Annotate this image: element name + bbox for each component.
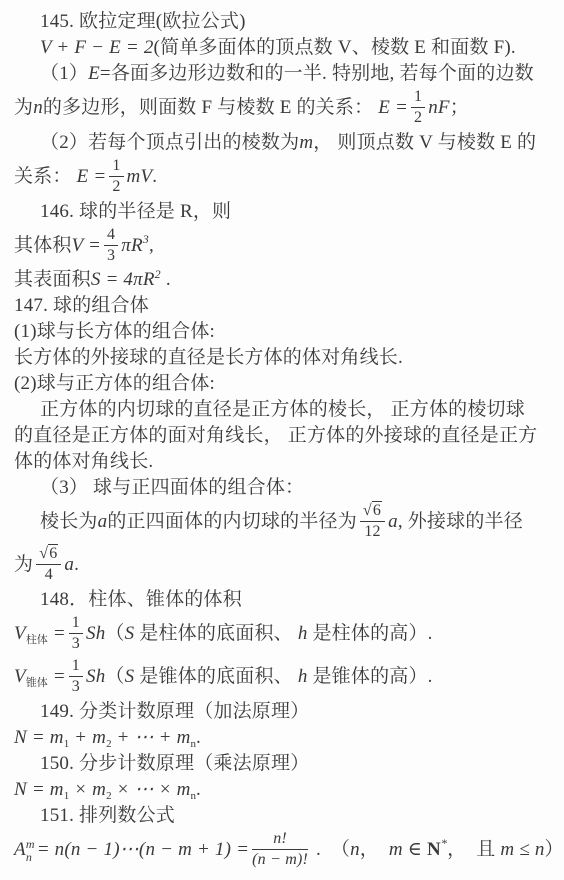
math-run: Sh: [86, 623, 105, 644]
text-run: 体的体对角线长.: [14, 451, 153, 472]
formula-line-28: Amn= n(n − 1)⋯(n − m + 1) =n!(n − m)! . …: [14, 829, 552, 872]
math-run: N = m: [14, 779, 64, 800]
subscript: 柱体: [26, 635, 48, 646]
formula-line-11: (1)球与长方体的组合体:: [14, 319, 552, 345]
fraction-numerator: 4: [104, 226, 118, 246]
math-run: Sh: [86, 666, 105, 687]
text-run: 147. 球的组合体: [14, 295, 149, 316]
text-run: 长方体的外接球的直径是长方体的体对角线长.: [14, 347, 403, 368]
math-run: V: [14, 623, 26, 644]
text-run: ,: [149, 234, 154, 255]
formula-line-4: 为n的多边形，则面数 F 与棱数 E 的关系： E =12nF；: [14, 87, 552, 130]
fraction: 12: [109, 157, 123, 196]
formula-line-19: 为√64a.: [14, 544, 552, 587]
formula-line-8: 其体积V =43πR3,: [14, 225, 552, 268]
formula-line-23: 149. 分类计数原理（加法原理）: [14, 699, 552, 725]
math-run: h: [298, 623, 308, 644]
text-run: 为: [14, 554, 33, 575]
math-run: h: [298, 666, 308, 687]
fraction-numerator: √6: [360, 502, 385, 522]
math-run: N = m: [14, 727, 64, 748]
text-run: 关系：: [14, 166, 77, 187]
math-run: n: [33, 97, 43, 118]
fraction: 12: [411, 88, 425, 127]
formula-line-18: 棱长为a的正四面体的内切球的半径为√612a, 外接球的半径: [14, 501, 552, 544]
formula-line-7: 146. 球的半径是 R，则: [14, 199, 552, 225]
text-run: 的直径是正方体的面对角线长， 正方体的外接球的直径是正方: [14, 425, 537, 446]
formula-line-20: 148．柱体、锥体的体积: [14, 587, 552, 613]
fraction-numerator: 1: [69, 657, 83, 677]
text-run: 的多边形，则面数 F 与棱数 E 的关系：: [43, 97, 378, 118]
bold-run: N: [427, 838, 441, 859]
fraction-denominator: 12: [360, 522, 385, 541]
text-run: (2)球与正方体的组合体:: [14, 373, 215, 394]
fraction-denominator: 2: [411, 108, 425, 127]
formula-line-17: （3） 球与正四面体的组合体：: [14, 475, 552, 501]
formula-line-10: 147. 球的组合体: [14, 293, 552, 319]
text-run: 棱长为: [40, 511, 98, 532]
text-run: .: [196, 779, 201, 800]
text-run: 是柱体的底面积、: [134, 623, 298, 644]
math-run: nF: [428, 97, 450, 118]
math-run: × m: [69, 779, 106, 800]
fraction-denominator: 3: [69, 634, 83, 653]
text-run: 150. 分步计数原理（乘法原理）: [40, 753, 309, 774]
text-run: 的正四面体的内切球的半径为: [107, 511, 357, 532]
fraction: 43: [104, 226, 118, 265]
text-run: .: [152, 166, 157, 187]
text-run: .: [196, 727, 201, 748]
formula-line-5: （2）若每个顶点引出的棱数为m， 则顶点数 V 与棱数 E 的: [14, 130, 552, 156]
math-run: S: [125, 623, 135, 644]
math-run: × ⋯ × m: [112, 779, 191, 800]
math-run: πR: [121, 234, 143, 255]
formula-line-16: 体的体对角线长.: [14, 449, 552, 475]
math-run: m: [389, 838, 403, 859]
text-run: (简单多面体的顶点数 V、棱数 E 和面数 F).: [154, 37, 516, 58]
fraction: n!(n − m)!: [252, 830, 308, 869]
math-run: V =: [72, 234, 101, 255]
fraction-numerator: 1: [109, 157, 123, 177]
fraction-numerator: 1: [411, 88, 425, 108]
fraction-numerator: n!: [252, 830, 308, 850]
text-run: , 外接球的半径: [398, 511, 523, 532]
text-run: ）.: [545, 838, 564, 859]
text-run: 是柱体的高）.: [308, 623, 433, 644]
math-run: =: [48, 623, 66, 644]
text-run: 148．柱体、锥体的体积: [40, 589, 242, 610]
fraction-denominator: 2: [109, 177, 123, 196]
fraction-denominator: 3: [69, 677, 83, 696]
math-run: a: [98, 511, 108, 532]
text-run: （2）若每个顶点引出的棱数为: [40, 132, 299, 153]
text-run: ∈: [403, 838, 427, 859]
text-run: ；: [450, 97, 469, 118]
math-run: E =: [77, 166, 107, 187]
text-run: .: [74, 554, 79, 575]
math-run: V: [14, 666, 26, 687]
text-run: ， 则顶点数 V 与棱数 E 的: [313, 132, 536, 153]
text-run: （: [105, 623, 124, 644]
fraction-denominator: (n − m)!: [252, 850, 308, 869]
text-run: 其体积: [14, 234, 72, 255]
fraction: √612: [360, 502, 385, 541]
text-run: 149. 分类计数原理（加法原理）: [40, 701, 309, 722]
math-run: =: [48, 666, 66, 687]
math-run: mV: [127, 166, 153, 187]
formula-line-6: 关系： E =12mV.: [14, 156, 552, 199]
formula-line-9: 其表面积S = 4πR2 .: [14, 267, 552, 293]
formula-line-27: 151. 排列数公式: [14, 803, 552, 829]
text-run: 是锥体的高）.: [308, 666, 433, 687]
formula-document: 145. 欧拉定理(欧拉公式)V + F − E = 2(简单多面体的顶点数 V…: [0, 0, 564, 880]
fraction: √64: [36, 545, 61, 584]
math-run: a: [388, 511, 398, 532]
math-run: m: [299, 132, 313, 153]
formula-line-24: N = m1 + m2 + ⋯ + mn.: [14, 725, 552, 751]
text-run: ，: [360, 838, 389, 859]
formula-line-26: N = m1 × m2 × ⋯ × mn.: [14, 777, 552, 803]
fraction-denominator: 4: [36, 565, 61, 584]
text-run: (1)球与长方体的组合体:: [14, 321, 215, 342]
text-run: 145. 欧拉定理(欧拉公式): [40, 11, 246, 32]
formula-line-22: V锥体 =13Sh（S 是锥体的底面积、 h 是锥体的高）.: [14, 656, 552, 699]
text-run: 为: [14, 97, 33, 118]
text-run: .: [161, 269, 171, 290]
math-run: a: [64, 554, 74, 575]
text-run: （1）: [40, 63, 88, 84]
text-run: . （: [311, 838, 350, 859]
subscript: 锥体: [26, 678, 48, 689]
formula-line-2: V + F − E = 2(简单多面体的顶点数 V、棱数 E 和面数 F).: [14, 35, 552, 61]
fraction-numerator: 1: [69, 614, 83, 634]
math-run: + ⋯ + m: [112, 727, 191, 748]
text-run: ， 且: [447, 838, 500, 859]
text-run: 146. 球的半径是 R，则: [40, 201, 231, 222]
text-run: （3） 球与正四面体的组合体：: [40, 477, 304, 498]
math-run: S: [125, 666, 135, 687]
formula-line-13: (2)球与正方体的组合体:: [14, 371, 552, 397]
text-run: 是锥体的底面积、: [134, 666, 298, 687]
formula-line-3: （1）E=各面多边形边数和的一半. 特别地, 若每个面的边数: [14, 61, 552, 87]
formula-line-15: 的直径是正方体的面对角线长， 正方体的外接球的直径是正方: [14, 423, 552, 449]
math-run: + m: [69, 727, 106, 748]
radical-radicand: 6: [372, 501, 382, 519]
text-run: 151. 排列数公式: [40, 805, 175, 826]
fraction: 13: [69, 614, 83, 653]
math-run: m ≤ n: [500, 838, 544, 859]
text-run: 正方体的内切球的直径是正方体的棱长， 正方体的棱切球: [40, 399, 525, 420]
fraction: 13: [69, 657, 83, 696]
formula-line-1: 145. 欧拉定理(欧拉公式): [14, 9, 552, 35]
text-run: （: [105, 666, 124, 687]
fraction-numerator: √6: [36, 545, 61, 565]
formula-line-25: 150. 分步计数原理（乘法原理）: [14, 751, 552, 777]
text-run: 其表面积: [14, 269, 91, 290]
formula-line-12: 长方体的外接球的直径是长方体的体对角线长.: [14, 345, 552, 371]
math-run: = n(n − 1)⋯(n − m + 1) =: [37, 838, 249, 859]
text-run: =各面多边形边数和的一半. 特别地, 若每个面的边数: [100, 63, 534, 84]
math-run: E: [88, 63, 100, 84]
radical-radicand: 6: [48, 544, 58, 562]
formula-line-21: V柱体 =13Sh（S 是柱体的底面积、 h 是柱体的高）.: [14, 613, 552, 656]
math-run: S = 4πR: [91, 269, 155, 290]
math-run: V + F − E = 2: [40, 37, 154, 58]
formula-line-14: 正方体的内切球的直径是正方体的棱长， 正方体的棱切球: [14, 397, 552, 423]
math-run: n: [350, 838, 360, 859]
fraction-denominator: 3: [104, 246, 118, 265]
math-run: A: [14, 838, 26, 859]
math-run: E =: [378, 97, 408, 118]
superscript-subscript: mn: [26, 838, 35, 864]
